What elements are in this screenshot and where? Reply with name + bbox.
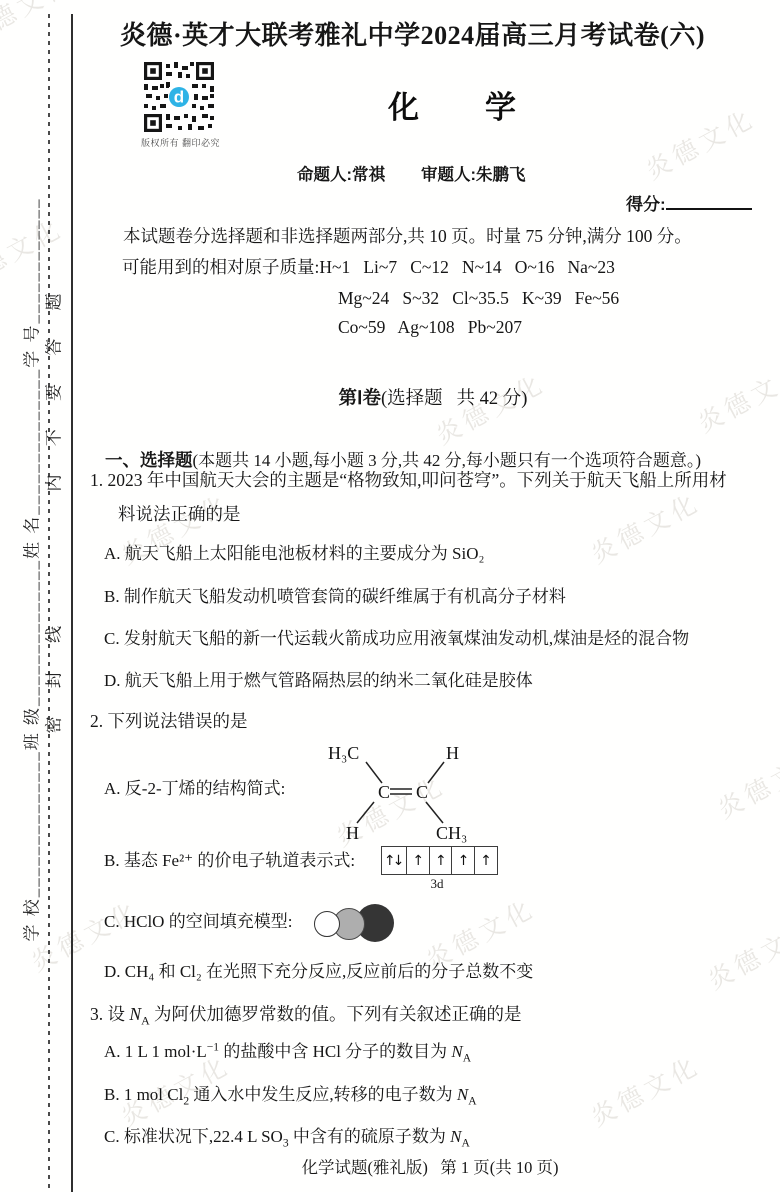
structure-label-top-right: H <box>446 743 459 763</box>
q1-option-c: C. 发射航天飞船的新一代运载火箭成功应用液氧煤油发动机,煤油是烃的混合物 <box>104 629 689 649</box>
section-1-instructions-bold: 一、选择题 <box>105 450 193 470</box>
q3-option-c: C. 标准状况下,22.4 L SO3 中含有的硫原子数为 NA <box>104 1127 470 1147</box>
q3-option-b: B. 1 mol Cl2 通入水中发生反应,转移的电子数为 NA <box>104 1085 477 1105</box>
q1-stem-line-1: 1. 2023 年中国航天大会的主题是“格物致知,叩问苍穹”。下列关于航天飞船上… <box>90 470 727 491</box>
seal-text-outer: 密 封 线 <box>40 624 65 734</box>
subject-char-hua: 化 <box>388 82 419 127</box>
q3-option-a: A. 1 L 1 mol·L−1 的盐酸中含 HCl 分子的数目为 NA <box>104 1042 471 1062</box>
watermark: 炎德文化 <box>639 99 762 187</box>
watermark: 炎德文化 <box>0 0 79 52</box>
section-1-heading: 第Ⅰ卷(选择题 共 42 分) <box>320 366 527 433</box>
atomic-masses-line-1: 可能用到的相对原子质量:H~1 Li~7 C~12 N~14 O~16 Na~2… <box>122 257 615 278</box>
qr-code-graphic: d <box>142 60 216 134</box>
seal-dotted-line <box>48 14 50 1192</box>
q2-option-c-label: C. HClO 的空间填充模型: <box>104 912 292 932</box>
orbital-diagram: ↑↓ ↑ ↑ ↑ ↑ <box>382 846 498 875</box>
score-field: 得分: <box>626 190 752 215</box>
q2-structure-diagram: H₃C H C C H CH₃ <box>320 736 485 849</box>
intro-line-1: 本试题卷分选择题和非选择题两部分,共 10 页。时量 75 分钟,满分 100 … <box>123 226 692 247</box>
bond-line <box>426 802 443 823</box>
reviewer: 审题人:朱鹏飞 <box>421 161 526 185</box>
q2-option-d: D. CH₄ 和 Cl₂ 在光照下充分反应,反应前后的分子总数不变 <box>104 962 533 982</box>
setters-line: 命题人:常祺 审题人:朱鹏飞 <box>297 161 526 185</box>
q2-option-a-label: A. 反-2-丁烯的结构简式: <box>104 779 285 799</box>
orbital-cell: ↑↓ <box>381 846 408 875</box>
score-label: 得分: <box>626 195 666 214</box>
structure-carbon-right: C <box>416 782 428 802</box>
structure-label-bottom-left: H <box>346 823 359 843</box>
bond-line <box>357 802 374 823</box>
qr-code: d <box>142 60 216 134</box>
atom-h <box>314 911 340 937</box>
watermark: 炎德文化 <box>584 483 707 571</box>
q1-option-b: B. 制作航天飞船发动机喷管套筒的碳纤维属于有机高分子材料 <box>104 587 566 607</box>
subject-title: 化 学 <box>388 82 516 127</box>
q2-stem: 2. 下列说法错误的是 <box>90 711 248 732</box>
seal-solid-line <box>71 14 73 1192</box>
orbital-cell: ↑ <box>474 846 498 875</box>
q2-option-b-label: B. 基态 Fe²⁺ 的价电子轨道表示式: <box>104 851 355 871</box>
section-1-heading-bold: 第Ⅰ卷 <box>339 389 381 409</box>
proposer: 命题人:常祺 <box>297 161 385 185</box>
q3-stem: 3. 设 NA 为阿伏加德罗常数的值。下列有关叙述正确的是 <box>90 1004 522 1025</box>
orbital-cell: ↑ <box>429 846 453 875</box>
q1-stem-line-2: 料说法正确的是 <box>118 504 241 525</box>
qr-logo-letter: d <box>174 88 184 107</box>
orbital-label-3d: 3d <box>382 876 492 892</box>
bond-lines <box>357 762 444 823</box>
section-1-heading-rest: (选择题 共 42 分) <box>381 389 527 409</box>
watermark: 炎德文化 <box>701 909 780 997</box>
structure-carbon-left: C <box>378 782 390 802</box>
orbital-cell: ↑ <box>451 846 475 875</box>
bond-line <box>428 762 444 783</box>
structure-label-top-left: H₃C <box>328 743 359 763</box>
watermark: 炎德文化 <box>691 352 780 440</box>
seal-text-inner: 内 不 要 答 题 <box>40 322 65 492</box>
score-blank <box>666 193 752 210</box>
sidebar-student-fields: 学 校______________班 级______________姓 名___… <box>18 172 43 942</box>
exam-paper-page: 炎德文化 炎德文化 炎德文化 炎德文化 炎德文化 炎德文化 炎德文化 炎德文化 … <box>0 0 780 1192</box>
q1-option-a: A. 航天飞船上太阳能电池板材料的主要成分为 SiO₂ <box>104 544 484 564</box>
atomic-masses-line-2: Mg~24 S~32 Cl~35.5 K~39 Fe~56 <box>338 288 619 309</box>
structure-label-bottom-right: CH₃ <box>436 823 467 843</box>
section-1-instructions-rest: (本题共 14 小题,每小题 3 分,共 42 分,每小题只有一个选项符合题意。… <box>193 451 702 470</box>
watermark: 炎德文化 <box>584 1046 707 1134</box>
qr-caption: 版权所有 翻印必究 <box>141 136 221 149</box>
watermark: 炎德文化 <box>711 738 780 826</box>
exam-title: 炎德·英才大联考雅礼中学2024届高三月考试卷(六) <box>120 20 705 51</box>
atomic-masses-line-3: Co~59 Ag~108 Pb~207 <box>338 317 522 338</box>
bond-line <box>366 762 382 783</box>
q1-option-d: D. 航天飞船上用于燃气管路隔热层的纳米二氧化硅是胶体 <box>104 671 533 691</box>
page-footer: 化学试题(雅礼版) 第 1 页(共 10 页) <box>90 1158 770 1178</box>
orbital-cell: ↑ <box>406 846 430 875</box>
subject-char-xue: 学 <box>485 82 516 127</box>
